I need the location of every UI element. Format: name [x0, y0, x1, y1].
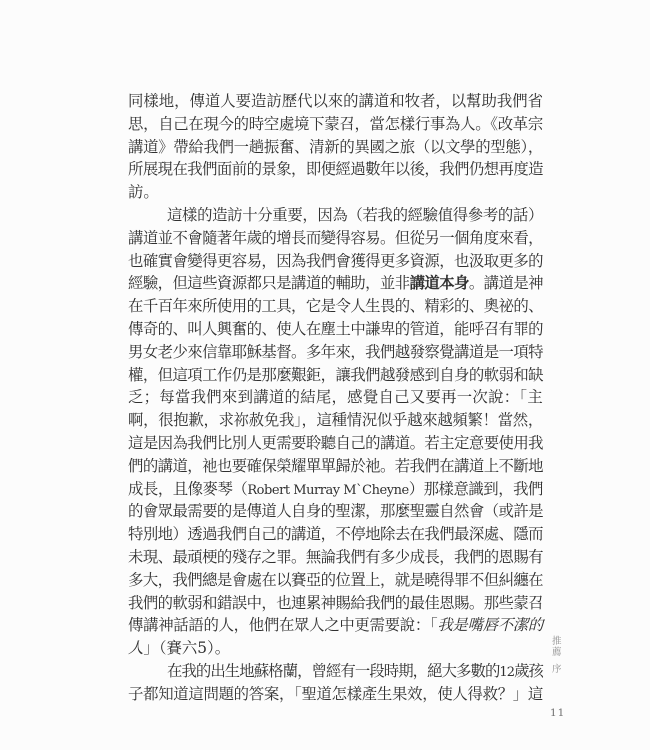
text-segment: 這樣的造訪十分重要，因為（若我的經驗值得參考的話）	[167, 206, 543, 224]
text-line: 我們的軟弱和錯誤中，也連累神賜給我們的最佳恩賜。那些蒙召	[128, 592, 543, 615]
text-segment-latin: Robert Murray M`Cheyne	[247, 483, 408, 498]
text-segment: 同樣地，傳道人要造訪歷代以來的講道和牧者，以幫助我們省	[128, 92, 543, 110]
text-segment: 男女老少來信靠耶穌基督。多年來，我們越發察覺講道是一項特	[128, 343, 543, 361]
text-line: 在千百年來所使用的工具，它是令人生畏的、精彩的、奧祕的、	[128, 295, 543, 318]
running-head-char: 序	[552, 664, 562, 675]
text-line: 傳講神話語的人，他們在眾人之中更需要說：「我是嘴唇不潔的	[128, 614, 543, 637]
text-line: 特別地）透過我們自己的講道，不停地除去在我們最深處、隱而	[128, 523, 543, 546]
text-segment: 啊，很抱歉，求祢赦免我」，這種情況似乎越來越頻繁！當然，	[128, 411, 543, 429]
text-segment: 乏；每當我們來到講道的結尾，感覺自己又要再一次說：「主	[128, 388, 543, 406]
text-line: 訪。	[128, 181, 543, 204]
text-segment: 」（賽六5）。	[143, 639, 230, 657]
text-segment: 們的講道，祂也要確保榮耀單單歸於祂。若我們在講道上不斷地	[128, 457, 543, 475]
text-line: 未現、最頑梗的殘存之罪。無論我們有多少成長，我們的恩賜有	[128, 546, 543, 569]
text-segment: 所展現在我們面前的景象，即便經過數年以後，我們仍想再度造	[128, 160, 543, 178]
text-line: 啊，很抱歉，求祢赦免我」，這種情況似乎越來越頻繁！當然，	[128, 409, 543, 432]
text-segment: 在千百年來所使用的工具，它是令人生畏的、精彩的、奧祕的、	[128, 297, 543, 315]
text-segment: 這是因為我們比別人更需要聆聽自己的講道。若主定意要使用我	[128, 434, 543, 452]
running-head-vertical: 推 薦 序	[552, 636, 562, 675]
text-segment: 講道》帶給我們一趟振奮、清新的異國之旅（以文學的型態），	[128, 138, 543, 156]
text-segment: 思，自己在現今的時空處境下蒙召，當怎樣行事為人。《改革宗	[128, 115, 543, 133]
text-segment: 歲孩	[514, 662, 543, 680]
text-line: 傳奇的、叫人興奮的、使人在塵土中謙卑的管道，能呼召有罪的	[128, 318, 543, 341]
text-line: 也確實會變得更容易，因為我們會獲得更多資源，也汲取更多的	[128, 250, 543, 273]
text-line: 們的講道，祂也要確保榮耀單單歸於祂。若我們在講道上不斷地	[128, 455, 543, 478]
text-segment: 特別地）透過我們自己的講道，不停地除去在我們最深處、隱而	[128, 525, 543, 543]
text-segment: 訪。	[128, 183, 159, 201]
text-segment: 講道並不會隨著年歲的增長而變得容易。但從另一個角度來看，	[128, 229, 543, 247]
text-line: 多大，我們總是會處在以賽亞的位置上，就是曉得罪不但糾纏在	[128, 569, 543, 592]
text-line: 成長，且像麥琴（Robert Murray M`Cheyne）那樣意識到，我們	[128, 478, 543, 501]
text-line: 權，但這項工作仍是那麼艱鉅，讓我們越發感到自身的軟弱和缺	[128, 364, 543, 387]
text-line: 的會眾最需要的是傳道人自身的聖潔，那麼聖靈自然會（或許是	[128, 500, 543, 523]
page-number: 11	[550, 707, 565, 719]
text-line: 男女老少來信靠耶穌基督。多年來，我們越發察覺講道是一項特	[128, 341, 543, 364]
text-line: 所展現在我們面前的景象，即便經過數年以後，我們仍想再度造	[128, 158, 543, 181]
text-segment: ）那樣意識到，我們	[409, 480, 543, 498]
text-line: 講道並不會隨著年歲的增長而變得容易。但從另一個角度來看，	[128, 227, 543, 250]
text-line: 思，自己在現今的時空處境下蒙召，當怎樣行事為人。《改革宗	[128, 113, 543, 136]
text-segment: 我們的軟弱和錯誤中，也連累神賜給我們的最佳恩賜。那些蒙召	[128, 594, 543, 612]
text-line: 乏；每當我們來到講道的結尾，感覺自己又要再一次說：「主	[128, 386, 543, 409]
text-line: 經驗，但這些資源都只是講道的輔助，並非講道本身。講道是神	[128, 272, 543, 295]
text-line: 講道》帶給我們一趟振奮、清新的異國之旅（以文學的型態），	[128, 136, 543, 159]
text-segment: 。講道是神	[469, 274, 543, 292]
text-segment: 的會眾最需要的是傳道人自身的聖潔，那麼聖靈自然會（或許是	[128, 502, 543, 520]
text-line: 在我的出生地蘇格蘭，曾經有一段時期，絕大多數的12歲孩	[128, 660, 543, 683]
text-segment: 經驗，但這些資源都只是講道的輔助，並非	[128, 274, 410, 292]
text-line: 子都知道這問題的答案，「聖道怎樣產生果效，使人得救？」這	[128, 683, 543, 706]
text-segment: 多大，我們總是會處在以賽亞的位置上，就是曉得罪不但糾纏在	[128, 571, 543, 589]
text-segment: 權，但這項工作仍是那麼艱鉅，讓我們越發感到自身的軟弱和缺	[128, 366, 543, 384]
text-segment-kai: 我是嘴唇不潔的	[437, 616, 543, 634]
running-head-char: 薦	[552, 647, 562, 658]
text-segment: 成長，且像麥琴（	[128, 480, 247, 498]
text-line: 這是因為我們比別人更需要聆聽自己的講道。若主定意要使用我	[128, 432, 543, 455]
text-segment: 傳奇的、叫人興奮的、使人在塵土中謙卑的管道，能呼召有罪的	[128, 320, 543, 338]
text-line: 人」（賽六5）。	[128, 637, 543, 660]
text-segment: 未現、最頑梗的殘存之罪。無論我們有多少成長，我們的恩賜有	[128, 548, 543, 566]
text-line: 同樣地，傳道人要造訪歷代以來的講道和牧者，以幫助我們省	[128, 90, 543, 113]
text-segment: 傳講神話語的人，他們在眾人之中更需要說：「	[128, 616, 437, 634]
text-segment-kai: 人	[128, 639, 143, 657]
text-segment-latin: 12	[499, 665, 514, 680]
text-segment: 也確實會變得更容易，因為我們會獲得更多資源，也汲取更多的	[128, 252, 543, 270]
text-segment-bold: 講道本身	[410, 274, 469, 292]
running-head-char: 推	[552, 636, 562, 647]
text-segment: 在我的出生地蘇格蘭，曾經有一段時期，絕大多數的	[167, 662, 499, 680]
text-segment: 子都知道這問題的答案，「聖道怎樣產生果效，使人得救？」這	[128, 685, 543, 703]
body-text: 同樣地，傳道人要造訪歷代以來的講道和牧者，以幫助我們省思，自己在現今的時空處境下…	[128, 90, 543, 706]
text-line: 這樣的造訪十分重要，因為（若我的經驗值得參考的話）	[128, 204, 543, 227]
